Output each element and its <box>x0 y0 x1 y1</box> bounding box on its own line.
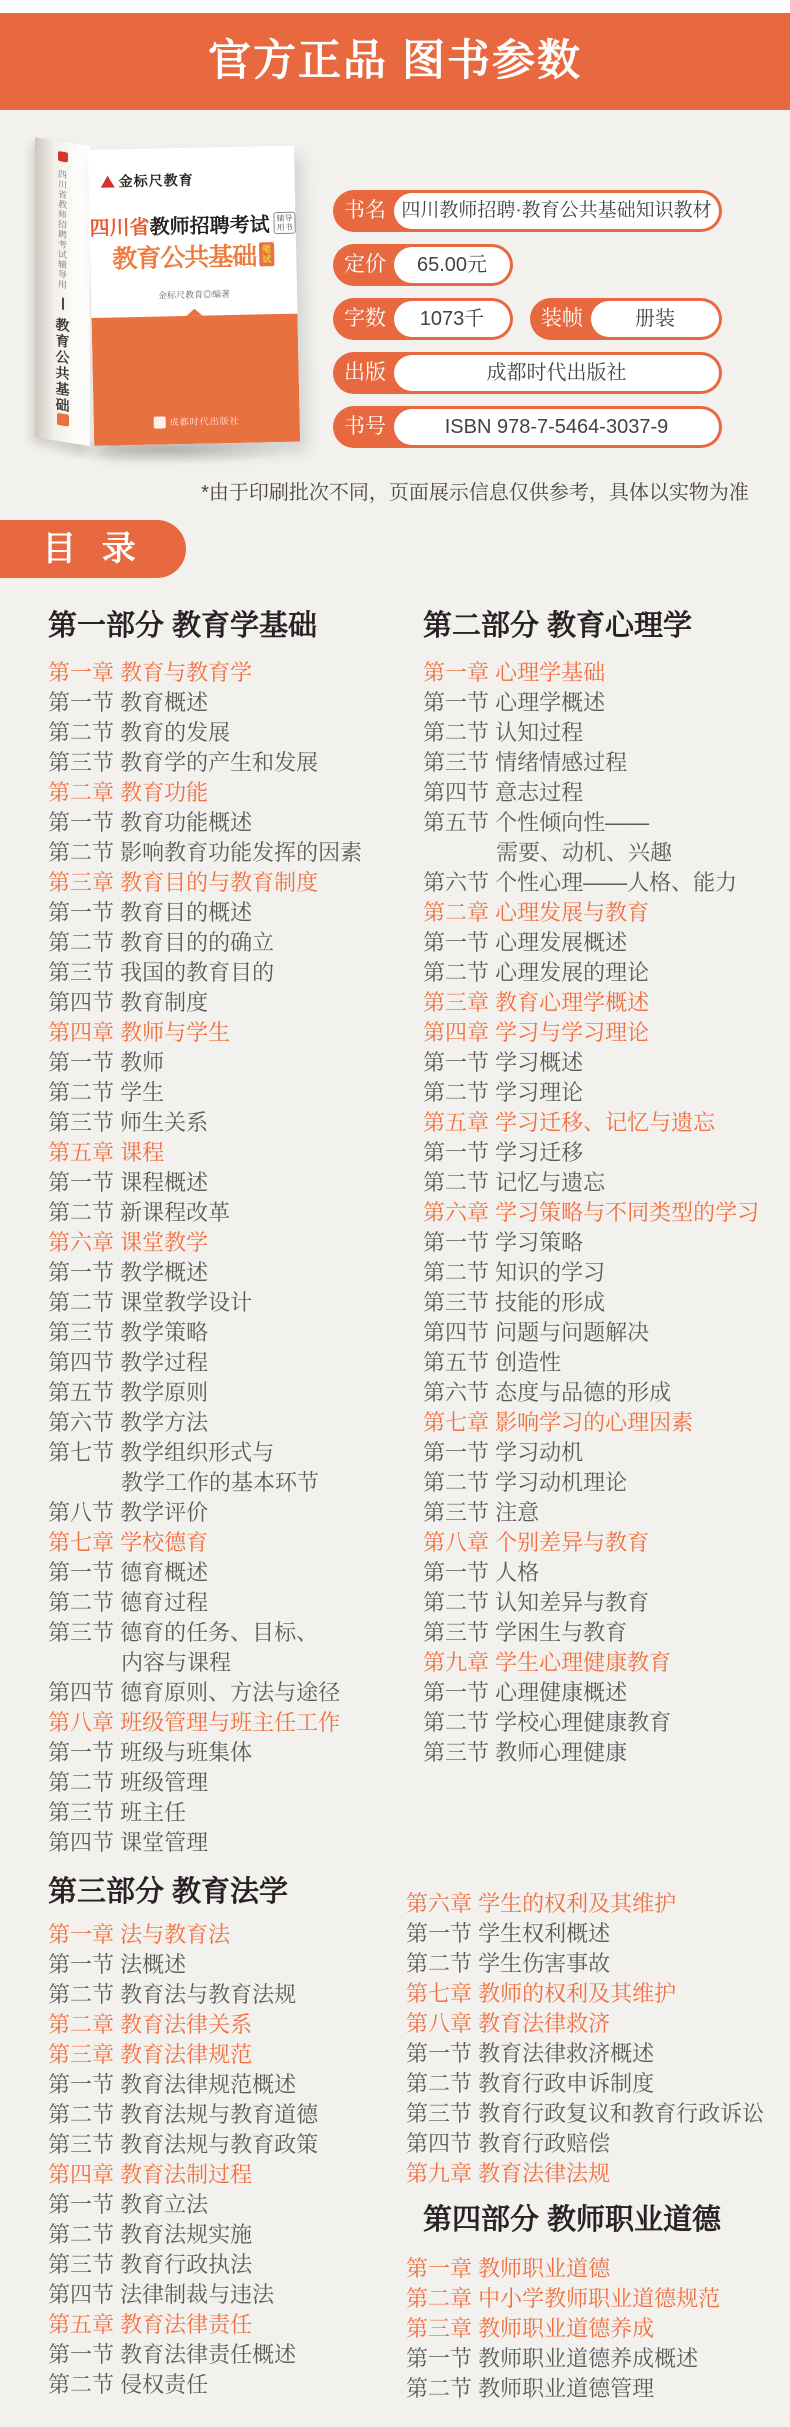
toc-part3-continued-list: 第六章 学生的权利及其维护第一节 学生权利概述第二节 学生伤害事故第七章 教师的… <box>406 1889 790 2189</box>
toc-part4-header: 第四部分 教师职业道德 <box>423 2200 790 2240</box>
toc-item: 第五节 创造性 <box>423 1348 789 1378</box>
cover-main-title: 教育公共基础 <box>112 237 257 276</box>
toc-item: 第一节 教育目的概述 <box>48 898 408 928</box>
toc-item: 第六节 态度与品德的形成 <box>423 1378 789 1408</box>
toc-item: 第一节 心理健康概述 <box>423 1678 789 1708</box>
toc-item: 第八章 班级管理与班主任工作 <box>48 1708 408 1738</box>
toc-part3-list: 第一章 法与教育法第一节 法概述第二节 教育法与教育法规第二章 教育法律关系第三… <box>48 1920 408 2400</box>
toc-item: 第二节 教育法规与教育道德 <box>48 2100 408 2130</box>
toc-item: 第四节 教育行政赔偿 <box>406 2129 790 2159</box>
param-label: 字数 <box>336 301 394 337</box>
toc-item: 第一节 学习动机 <box>423 1438 789 1468</box>
toc-item: 第二章 教育功能 <box>48 778 408 808</box>
toc-item: 第二节 班级管理 <box>48 1768 408 1798</box>
book-cover: 四川省教师招聘考试辅导用书 教育公共基础 金标尺教育 四川省 教师招聘考试 辅导… <box>32 140 302 460</box>
toc-item: 第二节 心理发展的理论 <box>423 958 789 988</box>
toc-item: 第一节 学习策略 <box>423 1228 789 1258</box>
toc-item: 第二节 认知过程 <box>423 718 789 748</box>
toc-item: 第一章 教育与教育学 <box>48 658 408 688</box>
param-word-count: 字数 1073千 <box>333 298 513 340</box>
toc-item: 第四章 教育法制过程 <box>48 2160 408 2190</box>
cover-byline: 金标尺教育◎编著 <box>91 286 297 303</box>
publisher-name: 成都时代出版社 <box>170 414 240 428</box>
toc-item: 第五章 课程 <box>48 1138 408 1168</box>
cover-main-title-row: 教育公共基础 笔试 <box>90 236 297 276</box>
param-binding: 装帧 册装 <box>530 298 722 340</box>
cover-title-tag: 笔试 <box>259 242 274 266</box>
toc-item: 第一节 教学概述 <box>48 1258 408 1288</box>
toc-item: 第四节 意志过程 <box>423 778 789 808</box>
toc-item: 第一节 教育法律救济概述 <box>406 2039 790 2069</box>
toc-item: 第一节 教育法律责任概述 <box>48 2340 408 2370</box>
brand-logo-icon <box>58 151 68 163</box>
toc-item: 第三节 情绪情感过程 <box>423 748 789 778</box>
toc-item: 第二节 影响教育功能发挥的因素 <box>48 838 408 868</box>
toc-item: 第一节 德育概述 <box>48 1558 408 1588</box>
toc-item: 第二章 中小学教师职业道德规范 <box>406 2284 790 2314</box>
toc-item: 第一节 教育功能概述 <box>48 808 408 838</box>
toc-item: 第四节 法律制裁与违法 <box>48 2280 408 2310</box>
param-label: 出版 <box>336 355 394 391</box>
book-front-cover: 金标尺教育 四川省 教师招聘考试 辅导用书 教育公共基础 笔试 金标尺教育◎编著… <box>88 146 300 446</box>
toc-item: 第八章 教育法律救济 <box>406 2009 790 2039</box>
toc-item: 第三节 班主任 <box>48 1798 408 1828</box>
toc-item: 第三章 教师职业道德养成 <box>406 2314 790 2344</box>
toc-item: 第一节 心理学概述 <box>423 688 789 718</box>
spine-title-text: 教育公共基础 <box>53 316 73 415</box>
toc-item: 第一节 人格 <box>423 1558 789 1588</box>
param-label: 书名 <box>336 193 394 229</box>
toc-item: 第二章 教育法律关系 <box>48 2010 408 2040</box>
toc-item: 第六节 个性心理——人格、能力 <box>423 868 789 898</box>
toc-item: 第三节 教育行政执法 <box>48 2250 408 2280</box>
toc-item: 需要、动机、兴趣 <box>423 838 789 868</box>
param-value: 册装 <box>591 301 719 337</box>
toc-item: 第三章 教育法律规范 <box>48 2040 408 2070</box>
toc-item: 第三节 师生关系 <box>48 1108 408 1138</box>
param-value: ISBN 978-7-5464-3037-9 <box>394 409 719 445</box>
toc-item: 第二节 知识的学习 <box>423 1258 789 1288</box>
toc-item: 第二节 学校心理健康教育 <box>423 1708 789 1738</box>
spine-series-text: 四川省教师招聘考试辅导用书 <box>56 169 69 291</box>
toc-item: 第一节 班级与班集体 <box>48 1738 408 1768</box>
toc-item: 第五章 教育法律责任 <box>48 2310 408 2340</box>
book-spine: 四川省教师招聘考试辅导用书 教育公共基础 <box>35 137 90 446</box>
toc-item: 第二节 记忆与遗忘 <box>423 1168 789 1198</box>
toc-item: 第四节 课堂管理 <box>48 1828 408 1858</box>
param-book-title: 书名 四川教师招聘·教育公共基础知识教材 <box>333 190 722 232</box>
brand-triangle-icon <box>101 175 115 187</box>
toc-item: 第三节 教学策略 <box>48 1318 408 1348</box>
toc-item: 第二节 学生伤害事故 <box>406 1949 790 1979</box>
param-isbn: 书号 ISBN 978-7-5464-3037-9 <box>333 406 722 448</box>
toc-part1-list: 第一章 教育与教育学第一节 教育概述第二节 教育的发展第三节 教育学的产生和发展… <box>48 658 408 1858</box>
toc-item: 第五章 学习迁移、记忆与遗忘 <box>423 1108 789 1138</box>
toc-part3: 第三部分 教育法学 第一章 法与教育法第一节 法概述第二节 教育法与教育法规第二… <box>48 1872 408 2400</box>
toc-item: 第三节 技能的形成 <box>423 1288 789 1318</box>
toc-part1-header: 第一部分 教育学基础 <box>48 606 408 646</box>
publisher-logo-icon <box>154 416 166 428</box>
toc-item: 第八节 教学评价 <box>48 1498 408 1528</box>
toc-part3-header: 第三部分 教育法学 <box>48 1872 408 1912</box>
publisher-row: 成都时代出版社 <box>94 413 300 430</box>
toc-item: 第六章 学生的权利及其维护 <box>406 1889 790 1919</box>
toc-item: 第一节 学生权利概述 <box>406 1919 790 1949</box>
toc-item: 第三节 教育行政复议和教育行政诉讼 <box>406 2099 790 2129</box>
toc-item: 第三节 学困生与教育 <box>423 1618 789 1648</box>
param-label: 定价 <box>336 247 394 283</box>
toc-part2-header: 第二部分 教育心理学 <box>423 606 789 646</box>
toc-item: 第六章 课堂教学 <box>48 1228 408 1258</box>
toc-item: 第一节 教育法律规范概述 <box>48 2070 408 2100</box>
toc-item: 第一节 教育立法 <box>48 2190 408 2220</box>
toc-item: 第六节 教学方法 <box>48 1408 408 1438</box>
spine-divider <box>62 297 64 309</box>
toc-item: 第二节 认知差异与教育 <box>423 1588 789 1618</box>
toc-item: 第二节 教育法与教育法规 <box>48 1980 408 2010</box>
param-label: 书号 <box>336 409 394 445</box>
toc-item: 第一节 心理发展概述 <box>423 928 789 958</box>
toc-item: 第四章 学习与学习理论 <box>423 1018 789 1048</box>
toc-item: 第三节 我国的教育目的 <box>48 958 408 988</box>
top-banner-title: 官方正品 图书参数 <box>0 13 790 110</box>
toc-item: 第四章 教师与学生 <box>48 1018 408 1048</box>
toc-item: 第四节 教育制度 <box>48 988 408 1018</box>
toc-item: 第一章 教师职业道德 <box>406 2254 790 2284</box>
toc-item: 第二节 教育法规实施 <box>48 2220 408 2250</box>
toc-item: 第二节 学习动机理论 <box>423 1468 789 1498</box>
toc-item: 第一节 学习迁移 <box>423 1138 789 1168</box>
toc-item: 第七章 学校德育 <box>48 1528 408 1558</box>
toc-badge: 目 录 <box>0 520 186 578</box>
toc-item: 第三节 注意 <box>423 1498 789 1528</box>
toc-item: 教学工作的基本环节 <box>48 1468 408 1498</box>
toc-item: 第一节 教育概述 <box>48 688 408 718</box>
toc-item: 第二节 学生 <box>48 1078 408 1108</box>
param-price: 定价 65.00元 <box>333 244 513 286</box>
toc-item: 第七节 教学组织形式与 <box>48 1438 408 1468</box>
toc-item: 第四节 德育原则、方法与途径 <box>48 1678 408 1708</box>
toc-item: 第三章 教育心理学概述 <box>423 988 789 1018</box>
toc-item: 第二节 教育行政申诉制度 <box>406 2069 790 2099</box>
toc-item: 第二节 新课程改革 <box>48 1198 408 1228</box>
param-value: 65.00元 <box>394 247 510 283</box>
series-prefix: 四川省 <box>89 211 150 241</box>
toc-item: 第二节 教育的发展 <box>48 718 408 748</box>
brand-row: 金标尺教育 <box>100 170 193 192</box>
toc-item: 第七章 教师的权利及其维护 <box>406 1979 790 2009</box>
toc-item: 内容与课程 <box>48 1648 408 1678</box>
series-badge: 辅导用书 <box>273 211 295 233</box>
toc-item: 第一节 法概述 <box>48 1950 408 1980</box>
toc-part3-continued: 第六章 学生的权利及其维护第一节 学生权利概述第二节 学生伤害事故第七章 教师的… <box>406 1889 790 2189</box>
param-value: 1073千 <box>394 301 510 337</box>
toc-item: 第一节 课程概述 <box>48 1168 408 1198</box>
toc-item: 第二节 教师职业道德管理 <box>406 2374 790 2404</box>
toc-item: 第五节 个性倾向性—— <box>423 808 789 838</box>
toc-item: 第一节 学习概述 <box>423 1048 789 1078</box>
param-publisher: 出版 成都时代出版社 <box>333 352 722 394</box>
toc-item: 第三节 教育法规与教育政策 <box>48 2130 408 2160</box>
toc-part2: 第二部分 教育心理学 第一章 心理学基础第一节 心理学概述第二节 认知过程第三节… <box>423 606 789 1768</box>
param-value: 四川教师招聘·教育公共基础知识教材 <box>394 193 719 229</box>
series-rest: 教师招聘考试 <box>149 208 270 240</box>
toc-item: 第五节 教学原则 <box>48 1378 408 1408</box>
toc-item: 第一节 教师职业道德养成概述 <box>406 2344 790 2374</box>
toc-item: 第三节 教师心理健康 <box>423 1738 789 1768</box>
disclaimer-note: *由于印刷批次不同，页面展示信息仅供参考，具体以实物为准 <box>180 476 770 505</box>
spine-tag-icon <box>57 413 69 427</box>
toc-item: 第九章 学生心理健康教育 <box>423 1648 789 1678</box>
toc-item: 第二节 课堂教学设计 <box>48 1288 408 1318</box>
toc-item: 第二节 德育过程 <box>48 1588 408 1618</box>
toc-item: 第一节 教师 <box>48 1048 408 1078</box>
toc-item: 第四节 问题与问题解决 <box>423 1318 789 1348</box>
toc-part2-list: 第一章 心理学基础第一节 心理学概述第二节 认知过程第三节 情绪情感过程第四节 … <box>423 658 789 1768</box>
cover-orange-band: 成都时代出版社 <box>92 314 301 446</box>
toc-part4: 第四部分 教师职业道德 第一章 教师职业道德第二章 中小学教师职业道德规范第三章… <box>406 2200 790 2404</box>
toc-item: 第三章 教育目的与教育制度 <box>48 868 408 898</box>
toc-item: 第二章 心理发展与教育 <box>423 898 789 928</box>
toc-item: 第八章 个别差异与教育 <box>423 1528 789 1558</box>
toc-item: 第二节 侵权责任 <box>48 2370 408 2400</box>
toc-item: 第四节 教学过程 <box>48 1348 408 1378</box>
param-label: 装帧 <box>533 301 591 337</box>
param-value: 成都时代出版社 <box>394 355 719 391</box>
toc-item: 第一章 法与教育法 <box>48 1920 408 1950</box>
toc-part4-list: 第一章 教师职业道德第二章 中小学教师职业道德规范第三章 教师职业道德养成第一节… <box>406 2254 790 2404</box>
toc-item: 第二节 学习理论 <box>423 1078 789 1108</box>
toc-item: 第六章 学习策略与不同类型的学习 <box>423 1198 789 1228</box>
toc-item: 第三节 德育的任务、目标、 <box>48 1618 408 1648</box>
brand-name: 金标尺教育 <box>118 170 193 192</box>
toc-item: 第三节 教育学的产生和发展 <box>48 748 408 778</box>
toc-item: 第一章 心理学基础 <box>423 658 789 688</box>
toc-item: 第九章 教育法律法规 <box>406 2159 790 2189</box>
toc-part1: 第一部分 教育学基础 第一章 教育与教育学第一节 教育概述第二节 教育的发展第三… <box>48 606 408 1858</box>
toc-item: 第七章 影响学习的心理因素 <box>423 1408 789 1438</box>
toc-item: 第二节 教育目的的确立 <box>48 928 408 958</box>
